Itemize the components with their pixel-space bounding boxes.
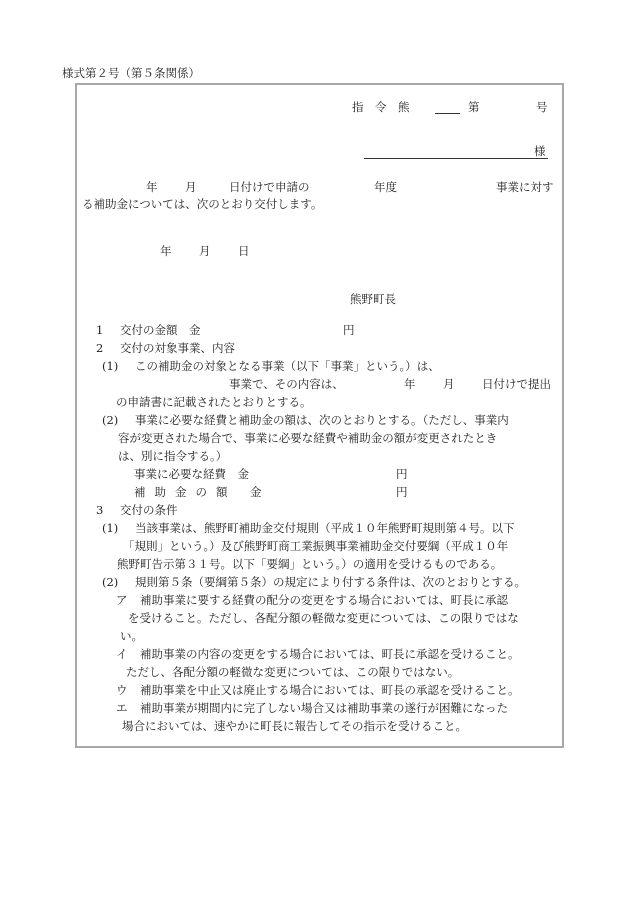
item3-label: 交付の条件 xyxy=(120,503,178,517)
item1-label: 交付の金額 金 xyxy=(120,323,201,337)
item2-label: 交付の対象事業、内容 xyxy=(120,341,235,355)
item2-num: 2 xyxy=(96,341,103,355)
item2-1-nen: 年 xyxy=(404,377,416,391)
item3-num: 3 xyxy=(96,503,103,517)
subsidy-kin: 金 xyxy=(250,485,262,499)
cond-u-mark: ウ xyxy=(116,683,128,697)
item3-1-line3: 熊野町告示第３１号。以下「要綱」という。）の適用を受けるものである。 xyxy=(117,557,502,571)
item2-1-tsuki: 月 xyxy=(443,377,455,391)
intro-jigyo: 事業に対す xyxy=(496,180,554,194)
item2-2-line2: 容が変更された場合で、事業に必要な経費や補助金の額が変更されたとき xyxy=(118,431,497,445)
cost-yen: 円 xyxy=(396,467,408,481)
ref-dai: 第 xyxy=(468,100,480,114)
item3-1-line2: 「規則」という。）及び熊野町商工業振興事業補助金交付要綱（平成１０年 xyxy=(123,539,508,553)
intro-dated: 日付けで申請の xyxy=(229,180,310,194)
intro-line2: る補助金については、次のとおり交付します。 xyxy=(82,197,322,211)
item2-2-num: (2) xyxy=(102,413,118,427)
date-hi: 日 xyxy=(238,244,250,258)
cond-a-line2: を受けること。ただし、各配分額の軽微な変更については、この限りではな xyxy=(128,611,519,625)
item1-yen: 円 xyxy=(343,323,355,337)
date-tsuki: 月 xyxy=(199,244,211,258)
item2-1-line2a: 事業で、その内容は、 xyxy=(229,377,344,391)
cond-i-line1: 補助事業の内容の変更をする場合においては、町長に承認を受けること。 xyxy=(140,647,520,661)
subsidy-label: 補助金の額 xyxy=(134,485,237,499)
item2-1-line3: の申請書に記載されたとおりとする。 xyxy=(116,395,312,409)
intro-tsuki: 月 xyxy=(185,180,197,194)
intro-nen: 年 xyxy=(146,180,158,194)
cond-i-mark: イ xyxy=(116,647,128,661)
addressee-suffix: 様 xyxy=(534,144,546,158)
cond-a-line1: 補助事業に要する経費の配分の変更をする場合においては、町長に承認 xyxy=(140,593,508,607)
cond-e-line2: 場合においては、速やかに町長に報告してその指示を受けること。 xyxy=(122,719,467,733)
item3-1-num: (1) xyxy=(102,521,118,535)
item2-1-num: (1) xyxy=(102,359,118,373)
item3-2-num: (2) xyxy=(102,575,118,589)
intro-nendo: 年度 xyxy=(374,180,397,194)
addressee-blank xyxy=(364,158,548,159)
cond-e-line1: 補助事業が期間内に完了しない場合又は補助事業の遂行が困難になった xyxy=(140,701,508,715)
cond-a-mark: ア xyxy=(116,593,128,607)
form-number-label: 様式第２号（第５条関係） xyxy=(62,66,200,80)
cost-label: 事業に必要な経費 金 xyxy=(134,467,249,481)
item2-1-line2b: 日付けで提出 xyxy=(482,377,551,391)
item2-2-line1: 事業に必要な経費と補助金の額は、次のとおりとする。（ただし、事業内 xyxy=(135,413,509,427)
item1-num: 1 xyxy=(96,323,103,337)
subsidy-yen: 円 xyxy=(396,485,408,499)
cond-e-mark: エ xyxy=(116,701,128,715)
ref-go: 号 xyxy=(536,100,548,114)
item2-1-line1: この補助金の対象となる事業（以下「事業」という。）は、 xyxy=(135,359,440,373)
item3-2-line1: 規則第５条（要綱第５条）の規定により付する条件は、次のとおりとする。 xyxy=(135,575,526,589)
date-nen: 年 xyxy=(160,244,172,258)
cond-a-line3: い。 xyxy=(120,629,143,643)
cond-i-line2: ただし、各配分額の軽微な変更については、この限りではない。 xyxy=(126,665,459,679)
cond-u-line1: 補助事業を中止又は廃止する場合においては、町長の承認を受けること。 xyxy=(140,683,520,697)
ref-prefix: 指 令 熊 xyxy=(352,100,410,114)
item2-2-line3: は、別に指令する。） xyxy=(118,449,227,463)
item3-1-line1: 当該事業は、熊野町補助金交付規則（平成１０年熊野町規則第４号。以下 xyxy=(135,521,515,535)
ref-number-blank xyxy=(435,113,460,114)
issuer: 熊野町長 xyxy=(350,292,396,306)
